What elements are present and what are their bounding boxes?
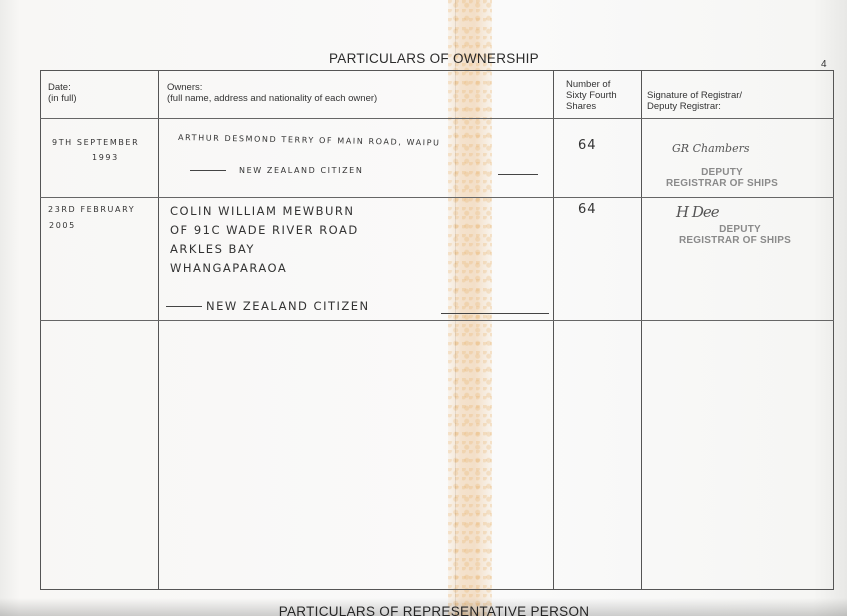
stamp-line: REGISTRAR OF SHIPS xyxy=(660,235,810,246)
header-shares-line: Shares xyxy=(566,101,617,112)
row2-owner-address-line1: of 91C Wade River Road xyxy=(170,222,359,238)
row2-owner-address-line2: Arkles Bay xyxy=(170,241,255,257)
header-date-line: Date: xyxy=(48,82,77,93)
page-number: 4 xyxy=(821,59,827,70)
header-shares: Number of Sixty Fourth Shares xyxy=(566,79,617,112)
row2-date-day: 23rd February xyxy=(48,205,135,214)
header-date-line: (in full) xyxy=(48,93,77,104)
stamp-line: REGISTRAR OF SHIPS xyxy=(652,178,792,189)
row1-signature: GR Chambers xyxy=(672,142,750,155)
row1-date-year: 1993 xyxy=(92,153,119,162)
row2-owner-address-line3: Whangaparaoa xyxy=(170,260,287,276)
header-owners: Owners: (full name, address and national… xyxy=(167,82,377,104)
column-divider xyxy=(158,70,159,590)
row2-owner-nationality: New Zealand Citizen xyxy=(206,298,370,314)
header-signature-line: Signature of Registrar/ xyxy=(647,90,742,101)
header-date: Date: (in full) xyxy=(48,82,77,104)
header-shares-line: Number of xyxy=(566,79,617,90)
row2-owner-name: Colin William Mewburn xyxy=(170,203,355,219)
header-owners-line: Owners: xyxy=(167,82,377,93)
page-title: PARTICULARS OF OWNERSHIP xyxy=(0,51,847,66)
row-divider xyxy=(40,320,834,321)
stamp-line: DEPUTY xyxy=(652,167,792,178)
scan-shadow xyxy=(0,598,847,616)
row-divider xyxy=(40,197,834,198)
stamp-line: DEPUTY xyxy=(660,224,810,235)
row1-dash-right xyxy=(498,174,538,175)
row1-registrar-stamp: DEPUTY REGISTRAR OF SHIPS xyxy=(652,167,792,189)
column-divider xyxy=(553,70,554,590)
row1-shares: 64 xyxy=(578,138,597,153)
row2-dash-right xyxy=(441,313,549,314)
header-signature: Signature of Registrar/ Deputy Registrar… xyxy=(647,90,742,112)
row2-date-year: 2005 xyxy=(49,221,76,230)
row2-registrar-stamp: DEPUTY REGISTRAR OF SHIPS xyxy=(660,224,810,246)
row-divider xyxy=(40,118,834,119)
row2-dash-left xyxy=(166,306,202,307)
row1-date-day: 9th September xyxy=(52,138,139,147)
row1-dash-left xyxy=(190,170,226,171)
row1-owner-nationality: New Zealand Citizen xyxy=(239,166,363,175)
header-owners-line: (full name, address and nationality of e… xyxy=(167,93,377,104)
row2-signature: H Dee xyxy=(676,203,719,221)
row2-shares: 64 xyxy=(578,202,597,217)
header-shares-line: Sixty Fourth xyxy=(566,90,617,101)
column-divider xyxy=(641,70,642,590)
header-signature-line: Deputy Registrar: xyxy=(647,101,742,112)
